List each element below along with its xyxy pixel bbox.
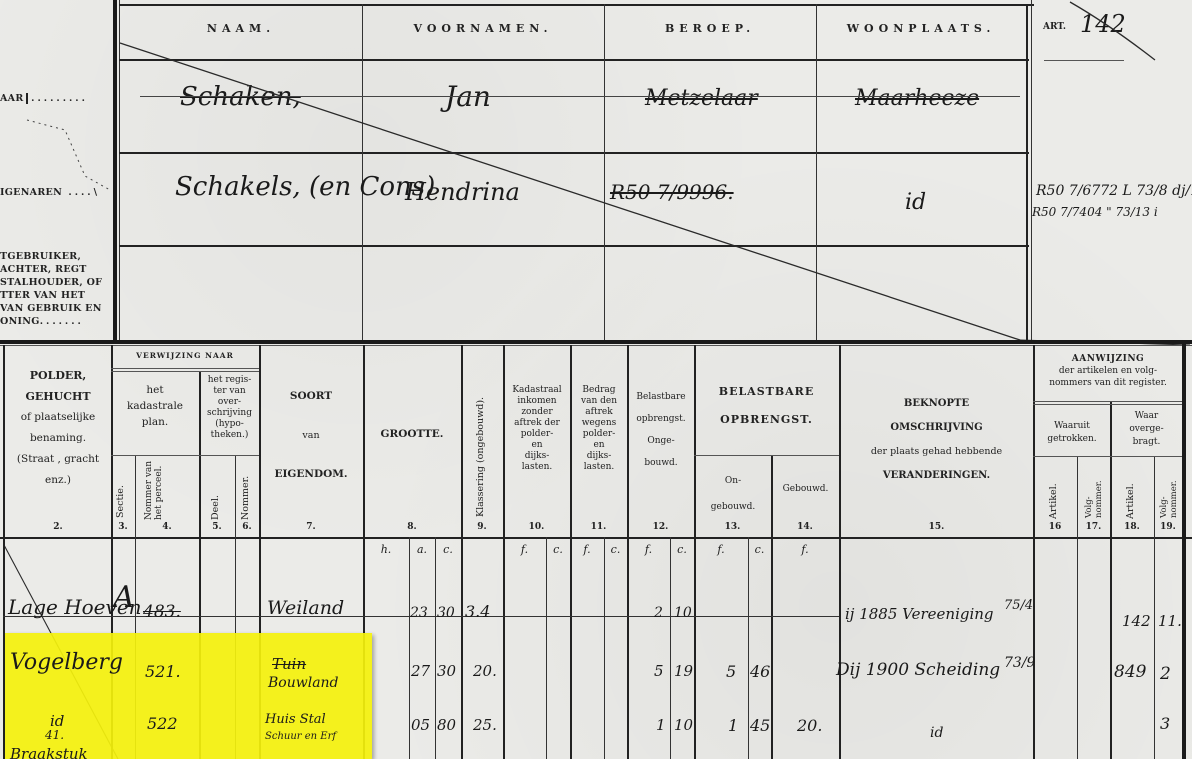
col-number: 16: [1033, 522, 1077, 532]
header-perceel: Nommer van het perceel.: [144, 460, 192, 520]
header-klassering: Klassering (ongebouwd).: [476, 352, 486, 517]
row3-c12-c: 10: [674, 716, 693, 734]
col-number: 8.: [363, 522, 461, 532]
header-volgnommer-17: Volg-nommer.: [1084, 462, 1104, 518]
col-line: [1154, 456, 1155, 759]
row1-grootte-c: 30: [437, 605, 455, 621]
col-number: 9.: [461, 522, 503, 532]
col-line: [1182, 340, 1186, 759]
row3-grootte-a: 05: [411, 716, 430, 734]
col-line: [546, 537, 547, 759]
row2-soort-struck: Tuin: [272, 655, 306, 673]
row3-omschrijving: id: [930, 725, 943, 741]
unit-label: c.: [670, 543, 694, 556]
frame-line: [1033, 456, 1182, 457]
col-number: 18.: [1110, 522, 1154, 532]
unit-label: a.: [409, 543, 435, 556]
row3-c13-f: 1: [728, 716, 738, 735]
col-number: 19.: [1154, 522, 1182, 532]
header-bedrag-aftrek: Bedragvan den aftrekwegens polder-en dij…: [571, 385, 627, 473]
header-belastbare-opbrengst: BELASTBARE OPBRENGST.: [694, 378, 839, 434]
frame-line: [111, 371, 259, 372]
header-ongebouwd: On- gebouwd.: [695, 468, 771, 520]
row1-c12-f: 2: [654, 605, 663, 621]
header-artikel-16: Artikel.: [1049, 475, 1059, 519]
row1-perceel: 483.: [143, 602, 181, 622]
frame-line: [111, 368, 259, 369]
row3-c12-f: 1: [656, 716, 666, 734]
unit-label: c.: [546, 543, 570, 556]
frame-line: [1033, 404, 1182, 405]
header-sectie: Sectie.: [116, 478, 126, 518]
header-omschrijving: BEKNOPTE OMSCHRIJVING der plaats gehad h…: [840, 392, 1033, 488]
frame-line: [0, 340, 1192, 344]
col-number: 4.: [135, 522, 199, 532]
row3-soort-2: Schuur en Erf: [265, 731, 336, 742]
row2-soort: Bouwland: [268, 675, 339, 691]
row2-volgnommer: 2: [1160, 664, 1171, 684]
frame-line: [0, 345, 1192, 346]
col-line: [748, 537, 749, 759]
unit-label: f.: [694, 543, 748, 556]
header-gebouwd: Gebouwd.: [772, 484, 839, 495]
row3-perceel: 522: [147, 714, 178, 733]
header-nommer: Nommer.: [241, 472, 251, 520]
header-artikel-18: Artikel.: [1126, 475, 1136, 519]
unit-label: c.: [748, 543, 771, 556]
col-number: 7.: [259, 522, 363, 532]
frame-line: [0, 537, 1192, 539]
header-register: het regis- ter van over- schrijving (hyp…: [200, 375, 259, 441]
unit-label: f.: [627, 543, 670, 556]
header-waar-overgebragt: Waar overge- bragt.: [1111, 410, 1182, 449]
row2-omschrijving: Dij 1900 Scheiding: [836, 660, 1000, 680]
col-number: 10.: [503, 522, 570, 532]
row3-klassering: 25.: [473, 716, 497, 734]
row2-c13-c: 46: [750, 662, 770, 681]
row3-grootte-c: 80: [437, 716, 456, 734]
col-number: 12.: [627, 522, 694, 532]
col-line: [435, 537, 436, 759]
unit-label: c.: [435, 543, 461, 556]
unit-label: f.: [570, 543, 604, 556]
row1-grootte-a: 23: [410, 605, 428, 621]
col-number: 15.: [840, 522, 1033, 532]
row1-omschrijving: ij 1885 Vereeniging: [845, 605, 994, 623]
row2-c13-f: 5: [726, 662, 736, 681]
header-volgnommer-19: Volg-nommer.: [1159, 462, 1179, 518]
row4-polder-partial: Braakstuk: [10, 745, 88, 759]
header-polder: POLDER, GEHUCHT of plaatselijke benaming…: [5, 365, 111, 491]
col-number: 14.: [771, 522, 839, 532]
col-line: [771, 455, 773, 759]
unit-label: f.: [771, 543, 839, 556]
col-line: [1033, 345, 1035, 759]
header-deel: Deel.: [211, 490, 221, 520]
row3-volgnommer: 3: [1160, 714, 1170, 733]
frame-line: [694, 455, 839, 456]
row2-fraction: 73/9: [1004, 655, 1035, 671]
frame-line: [111, 455, 259, 456]
row3-soort: Huis Stal: [265, 712, 326, 727]
col-line: [1077, 456, 1078, 759]
row3-polder-sub: 41.: [45, 728, 64, 742]
row2-perceel: 521.: [145, 662, 181, 681]
header-aanwijzing: AANWIJZING der artikelen en volg- nommer…: [1034, 353, 1182, 389]
row2-c12-c: 19: [674, 662, 693, 680]
col-number: 17.: [1077, 522, 1110, 532]
header-belastbare-ongebouwd: Belastbare opbrengst. Onge- bouwd.: [628, 390, 694, 470]
row2-polder: Vogelberg: [10, 650, 123, 675]
row3-c13-c: 45: [750, 716, 770, 735]
row1-sectie: A: [113, 580, 135, 615]
row1-klassering: 3.4: [465, 602, 490, 621]
col-line: [409, 537, 410, 759]
row2-artikel: 849: [1114, 662, 1146, 682]
col-number: 11.: [570, 522, 627, 532]
header-kadastrale: het kadastrale plan.: [111, 384, 199, 429]
document-scan: AAR ......... IGENAREN ....\ TGEBRUIKER,…: [0, 0, 1192, 759]
col-line: [604, 537, 605, 759]
unit-label: f.: [503, 543, 546, 556]
unit-label: h.: [363, 543, 409, 556]
col-number: 3.: [111, 522, 135, 532]
col-number: 6.: [235, 522, 259, 532]
col-number: 5.: [199, 522, 235, 532]
frame-line: [1033, 401, 1182, 402]
row3-c14-f: 20.: [797, 716, 822, 735]
header-verwijzing: VERWIJZING NAAR: [111, 351, 259, 360]
row2-grootte-c: 30: [437, 662, 456, 680]
row2-grootte-a: 27: [411, 662, 430, 680]
row1-fraction: 75/4: [1004, 598, 1033, 613]
row2-c12-f: 5: [654, 662, 664, 680]
col-line: [461, 345, 463, 759]
row1-volgnommer: 11.: [1158, 612, 1182, 630]
header-waaruit: Waaruit getrokken.: [1034, 420, 1110, 446]
col-number: 13.: [694, 522, 771, 532]
row1-artikel: 142: [1122, 612, 1151, 630]
row2-klassering: 20.: [473, 662, 497, 680]
col-number: 2.: [5, 522, 111, 532]
header-kadastraal-inkomen: Kadastraalinkomen zonderaftrek der polde…: [504, 385, 570, 473]
col-line: [670, 537, 671, 759]
header-grootte: GROOTTE.: [363, 428, 461, 441]
row1-c12-c: 10: [674, 605, 692, 621]
unit-label: c.: [604, 543, 627, 556]
row1-soort: Weiland: [267, 597, 344, 619]
header-soort: SOORT van EIGENDOM.: [259, 390, 363, 481]
